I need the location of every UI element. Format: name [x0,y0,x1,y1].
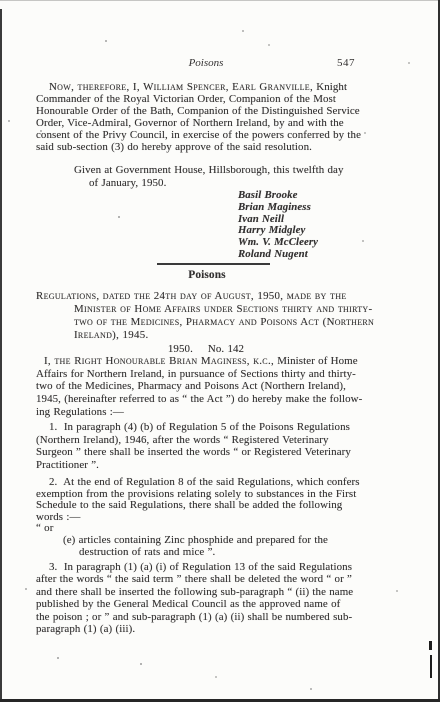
scan-margin-mark [429,641,432,650]
text-line: I, the Right Honourable Brian Maginess, … [36,355,404,368]
running-header: Poisons 547 [0,57,440,71]
text-line: (e) articles containing Zinc phosphide a… [36,535,404,547]
text-line: two of the Medicines, Pharmacy and Poiso… [36,380,404,393]
regulation-3-paragraph: 3. In paragraph (1) (a) (i) of Regulatio… [36,561,404,635]
text-line: destruction of rats and mice ”. [36,547,404,559]
text-line: Surgeon ” there shall be inserted the wo… [36,446,404,459]
signatures-block: Basil Brooke Brian Maginess Ivan Neill H… [238,190,398,261]
text-line: of January, 1950. [36,177,404,190]
scan-noise [0,0,2,2]
text-line: Regulations, dated the 24th day of Augus… [36,290,404,303]
text-line: Schedule to the said Regulations, there … [36,500,404,512]
text-line: 2. At the end of Regulation 8 of the sai… [36,477,404,489]
signature: Wm. V. McCleery [238,237,398,249]
attestation-paragraph: Given at Government House, Hillsborough,… [36,164,404,189]
text-line: after the words “ the said term ” there … [36,573,404,585]
text-line: two of the Medicines, Pharmacy and Poiso… [36,316,404,329]
text-line: ing Regulations :— [36,406,404,419]
section-divider [157,263,270,265]
text-line: said sub-section (3) do hereby approve o… [36,142,404,154]
signature: Roland Nugent [238,249,398,261]
text-line: Ireland), 1945. [36,329,404,342]
text-line: published by the General Medical Council… [36,598,404,610]
regulations-title-paragraph: Regulations, dated the 24th day of Augus… [36,290,404,342]
regulation-2-paragraph: 2. At the end of Regulation 8 of the sai… [36,477,404,558]
text-line: Minister of Home Affairs under Sections … [36,303,404,316]
running-header-title: Poisons [189,57,224,69]
text-line: Given at Government House, Hillsborough,… [36,164,404,177]
text-line: Affairs for Northern Ireland, in pursuan… [36,368,404,381]
text-line: 3. In paragraph (1) (a) (i) of Regulatio… [36,561,404,573]
enacting-paragraph: I, the Right Honourable Brian Maginess, … [36,355,404,419]
scan-border-top [0,0,440,1]
regulation-1-paragraph: 1. In paragraph (4) (b) of Regulation 5 … [36,421,404,471]
section-heading-text: Poisons [23,270,391,282]
scan-margin-mark [430,655,432,678]
text-line: words :— [36,512,404,524]
text-line: (Northern Ireland), 1946, after the word… [36,434,404,447]
page-number: 547 [337,57,355,69]
document-page: Poisons 547 Now, therefore, I, William S… [0,0,440,702]
text-line: and there shall be inserted the followin… [36,586,404,598]
text-line: Practitioner ”. [36,459,404,472]
scan-border-left [0,9,2,702]
text-line: 1945, (hereinafter referred to as “ the … [36,393,404,406]
signature: Brian Maginess [238,202,398,214]
signature: Basil Brooke [238,190,398,202]
text-line: 1. In paragraph (4) (b) of Regulation 5 … [36,421,404,434]
section-heading: Poisons [36,270,404,282]
preamble-paragraph: Now, therefore, I, William Spencer, Earl… [36,82,404,153]
text-line: paragraph (1) (a) (iii). [36,623,404,635]
text-line: the poison ; or ” and sub-paragraph (1) … [36,611,404,623]
